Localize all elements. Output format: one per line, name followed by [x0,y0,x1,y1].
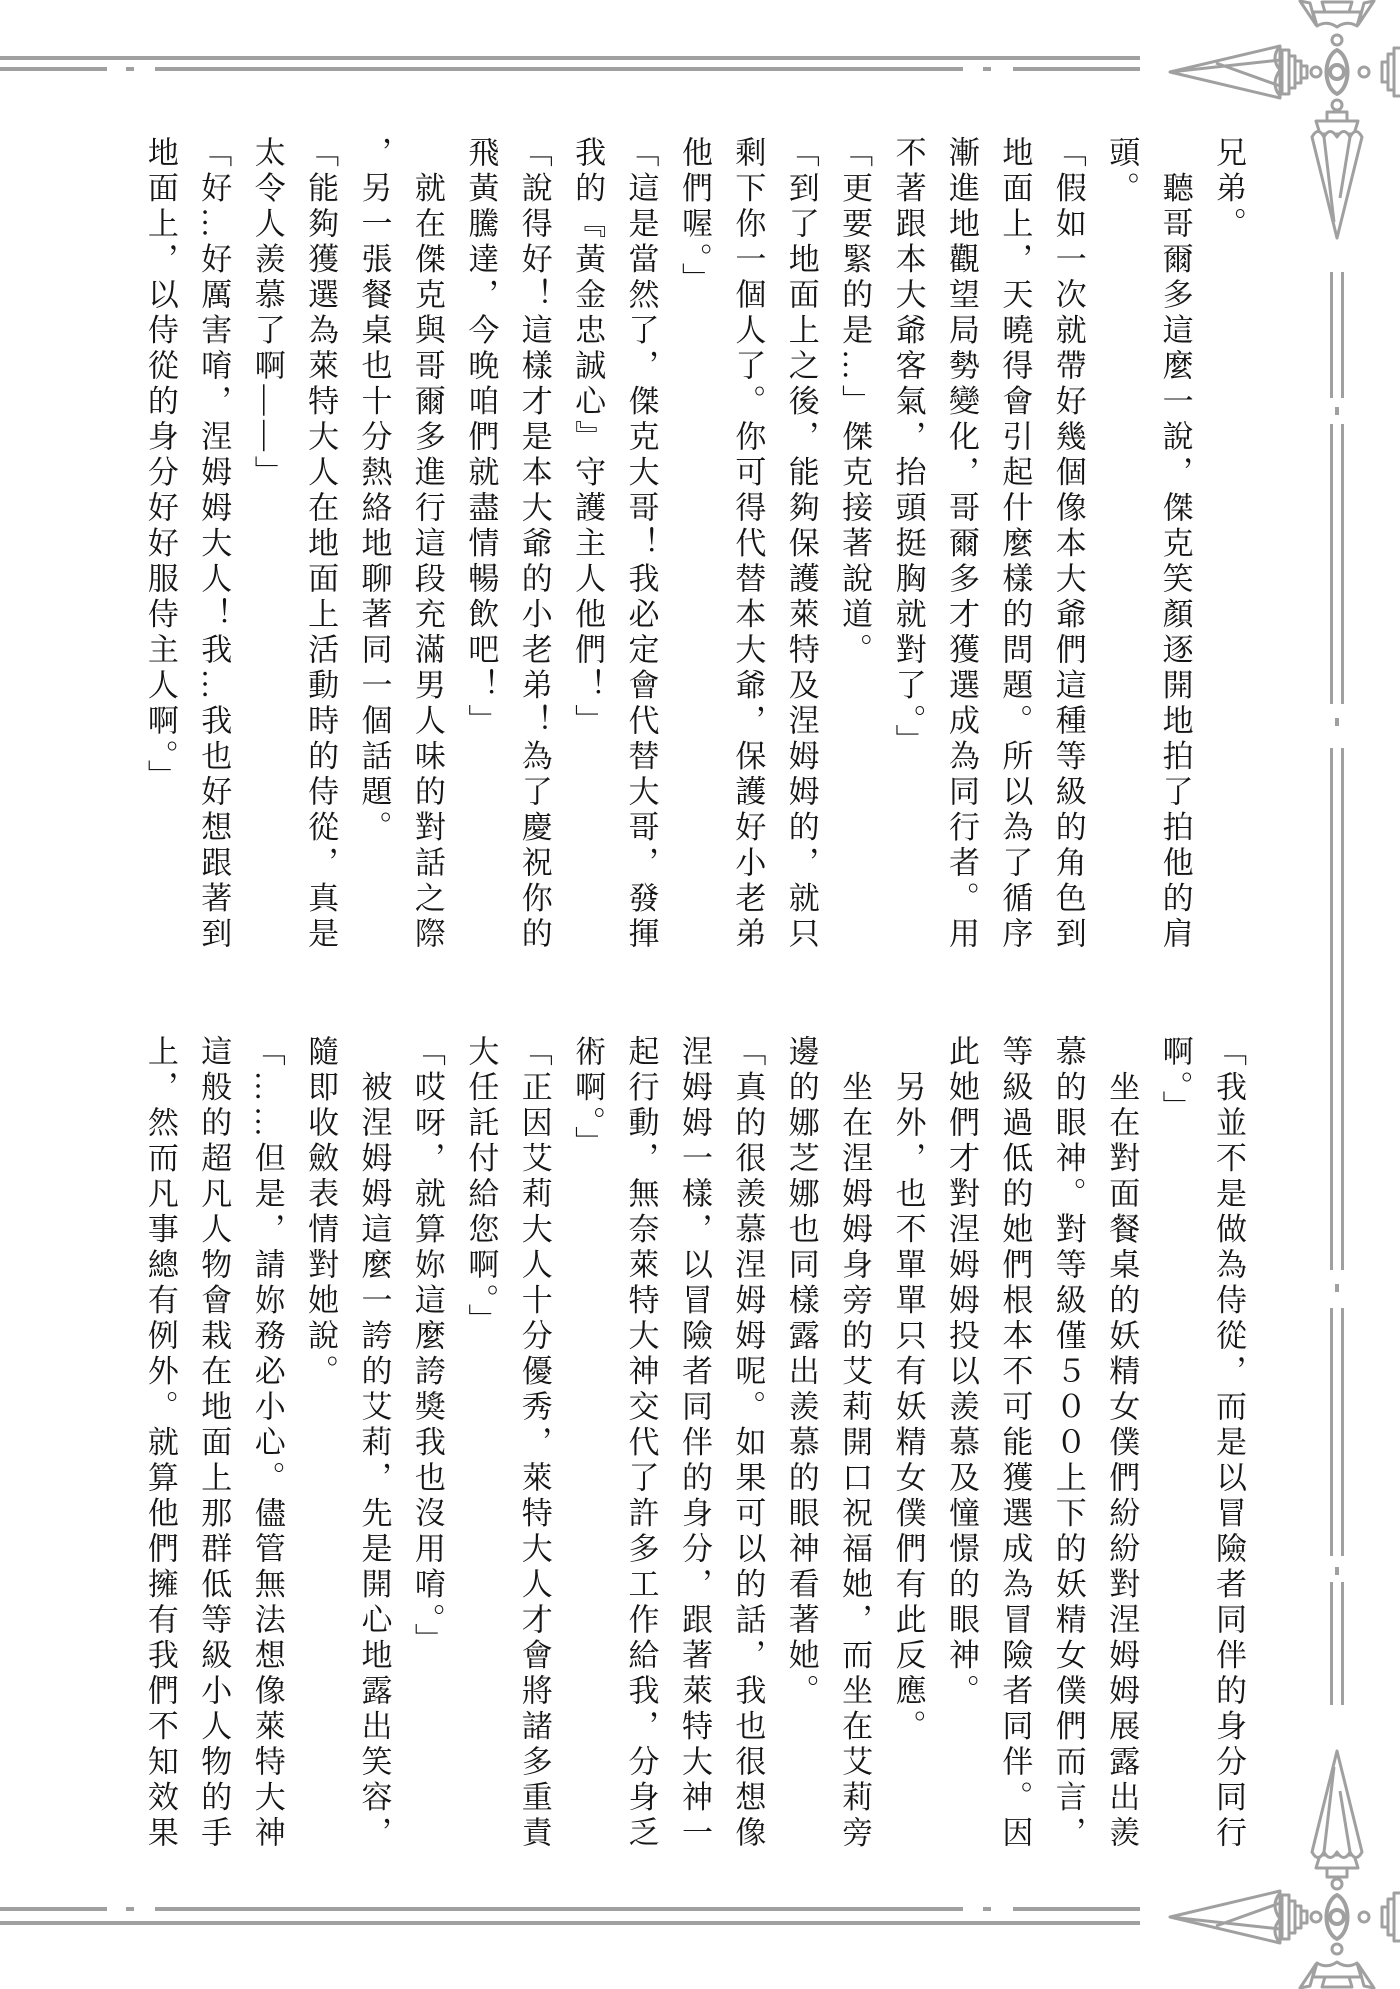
text-column: 「更要緊的是…」傑克接著說道。 [828,136,881,956]
text-column: 他們喔。」 [668,136,721,956]
text-column: 太令人羨慕了啊——」 [240,136,293,956]
text-column: 涅姆姆一樣，以冒險者同伴的身分，跟著萊特大神一 [668,1035,721,1855]
right-edge-rule-seg [1330,424,1344,704]
bottom-border-rule-dot [126,1907,134,1911]
text-column: 就在傑克與哥爾多進行這段充滿男人味的對話之際 [401,136,454,956]
right-edge-rule-dot [1335,1284,1339,1292]
text-column: 兄弟。 [1202,136,1255,956]
text-column: 「……但是，請妳務必小心。儘管無法想像萊特大神 [240,1035,293,1855]
top-border-rule-dot [126,67,134,71]
text-column: 頭。 [1095,136,1148,956]
text-column: 「哎呀，就算妳這麼誇獎我也沒用唷。」 [401,1035,454,1855]
bottom-border-rule-lower [0,1921,1140,1925]
bottom-border-rule-upper-seg [155,1907,963,1911]
text-column: 等級過低的她們根本不可能獲選成為冒險者同伴。因 [988,1035,1041,1855]
text-column: 「說得好！這樣才是本大爺的小老弟！為了慶祝你的 [507,136,560,956]
text-column: 上，然而凡事總有例外。就算他們擁有我們不知效果 [133,1035,186,1855]
text-column: 被涅姆姆這麼一誇的艾莉，先是開心地露出笑容， [347,1035,400,1855]
text-column: 「好…好厲害唷，涅姆姆大人！我…我也好想跟著到 [187,136,240,956]
right-edge-rule-seg [1330,272,1344,398]
text-column: 大任託付給您啊。」 [454,1035,507,1855]
text-column: 「真的很羨慕涅姆姆呢。如果可以的話，我也很想像 [721,1035,774,1855]
bottom-border-rule-upper-seg [0,1907,107,1911]
text-column: 這般的超凡人物會栽在地面上那群低等級小人物的手 [187,1035,240,1855]
text-column: 飛黃騰達，今晚咱們就盡情暢飲吧！」 [454,136,507,956]
text-column: 慕的眼神。對等級僅５００上下的妖精女僕們而言， [1041,1035,1094,1855]
text-column: 術啊。」 [561,1035,614,1855]
text-column: 剩下你一個人了。你可得代替本大爺，保護好小老弟 [721,136,774,956]
right-edge-rule-dot [1335,1567,1339,1575]
text-column: 隨即收斂表情對她說。 [294,1035,347,1855]
text-column: 另外，也不單單只有妖精女僕們有此反應。 [881,1035,934,1855]
text-column: 「正因艾莉大人十分優秀，萊特大人才會將諸多重責 [507,1035,560,1855]
top-border-rule-dot [983,67,991,71]
text-column: 坐在對面餐桌的妖精女僕們紛紛對涅姆姆展露出羨 [1095,1035,1148,1855]
text-block-top: 兄弟。 聽哥爾多這麼一說，傑克笑顏逐開地拍了拍他的肩頭。「假如一次就帶好幾個像本… [133,136,1255,956]
novel-page: 兄弟。 聽哥爾多這麼一說，傑克笑顏逐開地拍了拍他的肩頭。「假如一次就帶好幾個像本… [0,0,1400,1989]
text-column: 聽哥爾多這麼一說，傑克笑顏逐開地拍了拍他的肩 [1148,136,1201,956]
text-column: 不著跟本大爺客氣，抬頭挺胸就對了。」 [881,136,934,956]
bottom-border-rule-upper-seg [1013,1907,1140,1911]
text-column: 「能夠獲選為萊特大人在地面上活動時的侍從，真是 [294,136,347,956]
text-block-bottom: 「我並不是做為侍從，而是以冒險者同伴的身分同行啊。」 坐在對面餐桌的妖精女僕們紛… [133,1035,1255,1855]
bottom-border-rule-dot [983,1907,991,1911]
top-border-rule-upper [0,56,1140,60]
top-border-rule-lower-seg [155,67,963,71]
text-column: 啊。」 [1148,1035,1201,1855]
text-column: 地面上，以侍從的身分好好服侍主人啊。」 [133,136,186,956]
text-column: 「到了地面上之後，能夠保護萊特及涅姆姆的，就只 [774,136,827,956]
text-column: 此她們才對涅姆姆投以羨慕及憧憬的眼神。 [935,1035,988,1855]
top-border-rule-lower-seg [0,67,107,71]
right-edge-rule-seg [1330,1308,1344,1556]
right-edge-rule-seg [1330,1582,1344,1705]
right-edge-rule-dot [1335,718,1339,726]
text-column: 「這是當然了，傑克大哥！我必定會代替大哥，發揮 [614,136,667,956]
text-column: 地面上，天曉得會引起什麼樣的問題。所以為了循序 [988,136,1041,956]
text-column: 漸進地觀望局勢變化，哥爾多才獲選成為同行者。用 [935,136,988,956]
text-column: 「假如一次就帶好幾個像本大爺們這種等級的角色到 [1041,136,1094,956]
text-column: 坐在涅姆姆身旁的艾莉開口祝福她，而坐在艾莉旁 [828,1035,881,1855]
right-edge-rule-dot [1335,407,1339,415]
text-column: 「我並不是做為侍從，而是以冒險者同伴的身分同行 [1202,1035,1255,1855]
text-column: ，另一張餐桌也十分熱絡地聊著同一個話題。 [347,136,400,956]
text-column: 起行動，無奈萊特大神交代了許多工作給我，分身乏 [614,1035,667,1855]
text-column: 我的『黃金忠誠心』守護主人他們！」 [561,136,614,956]
top-border-rule-lower-seg [1013,67,1140,71]
text-column: 邊的娜芝娜也同樣露出羨慕的眼神看著她。 [774,1035,827,1855]
right-edge-rule-seg [1330,748,1344,1270]
